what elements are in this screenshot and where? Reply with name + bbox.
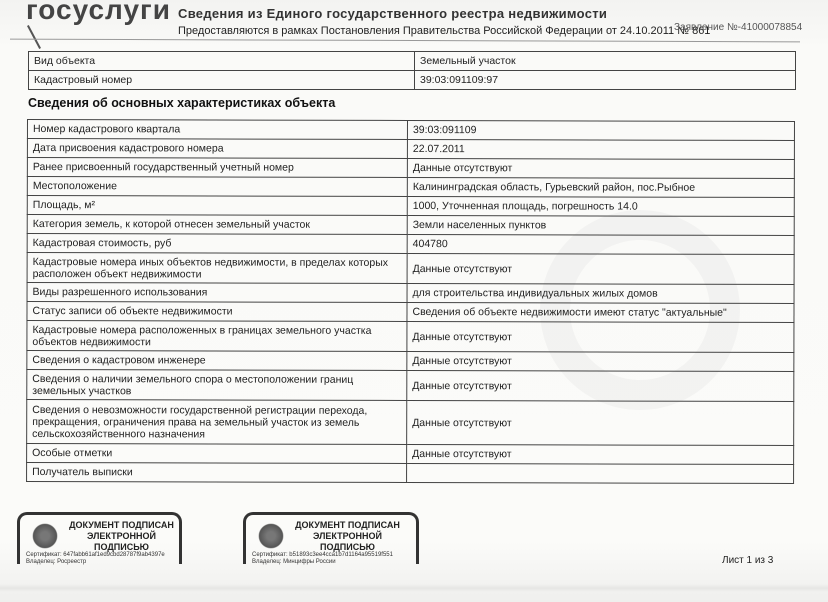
document-page: госуслуги Сведения из Единого государств… (0, 0, 828, 602)
row-label: Сведения о наличии земельного спора о ме… (27, 370, 407, 401)
table-row: Особые отметкиДанные отсутствуют (27, 444, 794, 465)
table-row: Ранее присвоенный государственный учетны… (27, 158, 794, 179)
signature-stamp-rosreestr: ДОКУМЕНТ ПОДПИСАН ЭЛЕКТРОННОЙ ПОДПИСЬЮ С… (17, 512, 182, 564)
certificate-owner: Владелец: Росреестр (26, 559, 165, 566)
table-row: Кадастровый номер 39:03:091109:97 (29, 71, 796, 90)
table-row: Кадастровая стоимость, руб404780 (27, 234, 794, 255)
logo-stroke (27, 25, 41, 49)
row-value: Земли населенных пунктов (407, 215, 794, 235)
object-table: Вид объекта Земельный участок Кадастровы… (28, 51, 796, 90)
row-value: Данные отсутствуют (407, 321, 794, 352)
document-title: Сведения из Единого государственного рее… (178, 6, 607, 21)
table-row: Получатель выписки (27, 463, 794, 484)
stamp-certificate: Сертификат: 647fabb61af1ed9cbd28787f9ab4… (26, 552, 165, 566)
stamp-title: ДОКУМЕНТ ПОДПИСАН ЭЛЕКТРОННОЙ ПОДПИСЬЮ (64, 520, 179, 553)
row-value: 404780 (407, 234, 794, 254)
gosuslugi-logo: госуслуги (26, 0, 171, 26)
certificate-id: Сертификат: b51893c3ee4cca1b7d1164a95519… (252, 552, 393, 559)
row-label: Кадастровый номер (29, 71, 415, 90)
coat-of-arms-icon (30, 521, 60, 551)
table-row: Статус записи об объекте недвижимостиСве… (27, 302, 794, 323)
table-row: Категория земель, к которой отнесен земе… (27, 215, 794, 236)
table-row: Сведения о кадастровом инженереДанные от… (27, 351, 794, 372)
table-row: Сведения о невозможности государственной… (27, 400, 794, 446)
row-label: Кадастровая стоимость, руб (27, 234, 407, 254)
table-row: Площадь, м²1000, Уточненная площадь, пог… (27, 196, 794, 217)
signature-stamp-mintsifry: ДОКУМЕНТ ПОДПИСАН ЭЛЕКТРОННОЙ ПОДПИСЬЮ С… (243, 512, 419, 564)
row-label: Сведения о кадастровом инженере (27, 351, 407, 371)
row-value: для строительства индивидуальных жилых д… (407, 283, 794, 303)
row-label: Дата присвоения кадастрового номера (27, 139, 407, 159)
stamp-title: ДОКУМЕНТ ПОДПИСАН ЭЛЕКТРОННОЙ ПОДПИСЬЮ (290, 520, 405, 553)
row-value: Данные отсутствуют (407, 370, 794, 401)
row-label: Вид объекта (29, 52, 415, 71)
statement-number: Заявление №-41000078854 (674, 22, 802, 33)
table-row: Сведения о наличии земельного спора о ме… (27, 370, 794, 402)
row-label: Местоположение (27, 177, 407, 197)
row-value: 39:03:091109:97 (415, 71, 796, 90)
row-label: Статус записи об объекте недвижимости (27, 302, 407, 322)
row-label: Ранее присвоенный государственный учетны… (27, 158, 407, 178)
row-value: Земельный участок (415, 52, 796, 71)
row-label: Сведения о невозможности государственной… (27, 400, 407, 445)
row-label: Категория земель, к которой отнесен земе… (27, 215, 407, 235)
table-row: Вид объекта Земельный участок (29, 52, 796, 71)
row-value: 1000, Уточненная площадь, погрешность 14… (407, 196, 794, 216)
row-label: Площадь, м² (27, 196, 407, 216)
document-subtitle: Предоставляются в рамках Постановления П… (178, 25, 710, 37)
table-row: Кадастровые номера иных объектов недвижи… (27, 253, 794, 285)
row-label: Кадастровые номера иных объектов недвижи… (27, 253, 407, 284)
row-value: Данные отсутствуют (407, 158, 794, 178)
table-row: Виды разрешенного использованиядля строи… (27, 283, 794, 304)
header-divider (10, 39, 800, 43)
row-label: Получатель выписки (27, 463, 407, 483)
row-value: 39:03:091109 (407, 120, 794, 140)
row-label: Виды разрешенного использования (27, 283, 407, 303)
certificate-id: Сертификат: 647fabb61af1ed9cbd28787f9ab4… (26, 552, 165, 559)
table-row: Номер кадастрового квартала39:03:091109 (27, 120, 794, 141)
characteristics-table: Номер кадастрового квартала39:03:091109Д… (26, 119, 795, 484)
row-value: Данные отсутствуют (407, 444, 794, 464)
row-label: Особые отметки (27, 444, 407, 464)
stamp-certificate: Сертификат: b51893c3ee4cca1b7d1164a95519… (252, 552, 393, 566)
row-value: Данные отсутствуют (407, 400, 794, 445)
row-value: Калининградская область, Гурьевский райо… (407, 177, 794, 197)
row-value: Сведения об объекте недвижимости имеют с… (407, 302, 794, 322)
row-value: 22.07.2011 (407, 139, 794, 159)
page-number: Лист 1 из 3 (722, 555, 773, 566)
row-value (407, 463, 794, 483)
row-value: Данные отсутствуют (407, 253, 794, 284)
table-row: Дата присвоения кадастрового номера22.07… (27, 139, 794, 160)
row-label: Номер кадастрового квартала (27, 120, 407, 140)
certificate-owner: Владелец: Минцифры России (252, 559, 393, 566)
table-row: МестоположениеКалининградская область, Г… (27, 177, 794, 198)
table-row: Кадастровые номера расположенных в грани… (27, 321, 794, 353)
row-label: Кадастровые номера расположенных в грани… (27, 321, 407, 352)
coat-of-arms-icon (256, 521, 286, 551)
section-title: Сведения об основных характеристиках объ… (28, 96, 335, 110)
footer-divider (0, 584, 828, 592)
row-value: Данные отсутствуют (407, 351, 794, 371)
